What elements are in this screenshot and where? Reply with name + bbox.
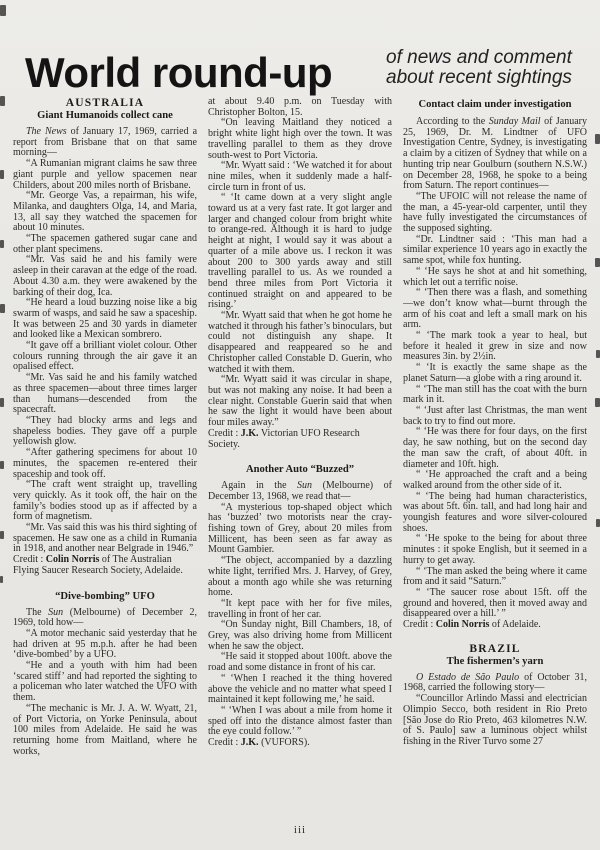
- body-paragraph: “A motor mechanic said yesterday that he…: [13, 629, 197, 661]
- body-paragraph: O Estado de São Paulo of October 31, 196…: [403, 673, 587, 694]
- body-paragraph: “ ‘When I reached it the thing hovered a…: [208, 674, 392, 706]
- scan-edge-mark: [0, 96, 5, 106]
- scan-edge-mark: [0, 304, 5, 313]
- credit-line: Credit : J.K. Victorian UFO Research Soc…: [208, 429, 392, 450]
- body-paragraph: “ ‘He spoke to the being for about three…: [403, 534, 587, 566]
- body-paragraph: “It gave off a brilliant violet colour. …: [13, 341, 197, 373]
- article-columns: AUSTRALIAGiant Humanoids collect caneThe…: [13, 97, 587, 824]
- tagline-line-2: about recent sightings: [386, 68, 586, 88]
- magazine-page: World round-up of news and comment about…: [0, 0, 600, 850]
- column-3: Contact claim under investigationAccordi…: [403, 97, 587, 824]
- body-paragraph: “After gathering specimens for about 10 …: [13, 448, 197, 480]
- body-paragraph: “The object, accompanied by a dazzling w…: [208, 556, 392, 599]
- scan-edge-mark: [0, 398, 4, 407]
- body-paragraph: “The UFOIC will not release the name of …: [403, 192, 587, 235]
- body-paragraph: “ ‘Then there was a flash, and something…: [403, 288, 587, 331]
- body-paragraph: “Mr. Wyatt said that when he got home he…: [208, 311, 392, 375]
- scan-edge-mark: [0, 170, 4, 179]
- body-paragraph: “ ‘It came down at a very slight angle t…: [208, 193, 392, 311]
- body-paragraph: “ ‘The man still has the coat with the b…: [403, 385, 587, 406]
- body-paragraph: “He heard a loud buzzing noise like a bi…: [13, 298, 197, 341]
- credit-line: Credit : J.K. (VUFORS).: [208, 738, 392, 749]
- body-paragraph: “Mr. Vas said this was his third sightin…: [13, 523, 197, 555]
- body-paragraph: “Mr. Wyatt said : ‘We watched it for abo…: [208, 161, 392, 193]
- body-paragraph: “ ‘It is exactly the same shape as the p…: [403, 363, 587, 384]
- body-paragraph: “Dr. Lindtner said : ‘This man had a sim…: [403, 235, 587, 267]
- column-2: at about 9.40 p.m. on Tuesday with Chris…: [208, 97, 392, 824]
- body-paragraph: “They had blocky arms and legs and shape…: [13, 416, 197, 448]
- column-1: AUSTRALIAGiant Humanoids collect caneThe…: [13, 97, 197, 824]
- scan-edge-mark: [0, 461, 4, 469]
- scan-edge-mark: [595, 258, 600, 267]
- body-paragraph: “ ‘The being had human characteristics, …: [403, 492, 587, 535]
- body-paragraph: “ ‘When I was about a mile from home it …: [208, 706, 392, 738]
- section-heading: BRAZIL: [403, 643, 587, 655]
- scan-edge-mark: [595, 134, 600, 144]
- article-subheading: Contact claim under investigation: [403, 99, 587, 111]
- credit-line: Credit : Colin Norris of The Australian …: [13, 555, 197, 576]
- scan-edge-mark: [0, 5, 6, 16]
- body-paragraph: “ ‘The man asked the being where it came…: [403, 567, 587, 588]
- body-paragraph: “Councillor Arlindo Massi and electricia…: [403, 694, 587, 748]
- section-heading: AUSTRALIA: [13, 97, 197, 109]
- scan-edge-mark: [0, 576, 3, 583]
- tagline-line-1: of news and comment: [386, 48, 586, 68]
- page-header: World round-up of news and comment about…: [25, 48, 586, 94]
- body-paragraph: at about 9.40 p.m. on Tuesday with Chris…: [208, 97, 392, 118]
- article-subheading: Another Auto “Buzzed”: [208, 464, 392, 476]
- scan-edge-mark: [0, 240, 4, 248]
- body-paragraph: The Sun (Melbourne) of December 2, 1969,…: [13, 608, 197, 629]
- body-paragraph: “The mechanic is Mr. J. A. W. Wyatt, 21,…: [13, 704, 197, 758]
- scan-edge-mark: [0, 531, 4, 539]
- body-paragraph: “On Sunday night, Bill Chambers, 18, of …: [208, 620, 392, 652]
- body-paragraph: “Mr. Vas said he and his family were asl…: [13, 255, 197, 298]
- page-title: World round-up: [25, 48, 332, 94]
- page-number: iii: [0, 824, 600, 836]
- body-paragraph: “The craft went straight up, travelling …: [13, 480, 197, 523]
- body-paragraph: “ ‘The saucer rose about 15ft. off the g…: [403, 588, 587, 620]
- body-paragraph: “Mr. George Vas, a repairman, his wife, …: [13, 191, 197, 234]
- body-paragraph: “Mr. Wyatt said it was circular in shape…: [208, 375, 392, 429]
- body-paragraph: The News of January 17, 1969, carried a …: [13, 127, 197, 159]
- body-paragraph: “ ‘He was there for four days, on the fi…: [403, 427, 587, 470]
- article-subheading: “Dive-bombing” UFO: [13, 591, 197, 603]
- article-subheading: Giant Humanoids collect cane: [13, 110, 197, 122]
- scan-edge-mark: [596, 350, 600, 358]
- body-paragraph: “Mr. Vas said he and his family watched …: [13, 373, 197, 416]
- body-paragraph: “He said it stopped about 100ft. above t…: [208, 652, 392, 673]
- body-paragraph: “ ‘He approached the craft and a being w…: [403, 470, 587, 491]
- body-paragraph: Again in the Sun (Melbourne) of December…: [208, 481, 392, 502]
- body-paragraph: “A mysterious top-shaped object which ha…: [208, 503, 392, 557]
- body-paragraph: “On leaving Maitland they noticed a brig…: [208, 118, 392, 161]
- body-paragraph: According to the Sunday Mail of January …: [403, 117, 587, 192]
- credit-line: Credit : Colin Norris of Adelaide.: [403, 620, 587, 631]
- article-subheading: The fishermen’s yarn: [403, 656, 587, 668]
- page-tagline: of news and comment about recent sightin…: [386, 48, 586, 88]
- scan-edge-mark: [595, 398, 600, 407]
- scan-edge-mark: [596, 519, 600, 527]
- body-paragraph: “ ‘Just after last Christmas, the man we…: [403, 406, 587, 427]
- body-paragraph: “ ‘He says he shot at and hit something,…: [403, 267, 587, 288]
- body-paragraph: “The spacemen gathered sugar cane and ot…: [13, 234, 197, 255]
- body-paragraph: “He and a youth with him had been ‘scare…: [13, 661, 197, 704]
- body-paragraph: “ ‘The mark took a year to heal, but bef…: [403, 331, 587, 363]
- body-paragraph: “It kept pace with her for five miles, t…: [208, 599, 392, 620]
- body-paragraph: “A Rumanian migrant claims he saw three …: [13, 159, 197, 191]
